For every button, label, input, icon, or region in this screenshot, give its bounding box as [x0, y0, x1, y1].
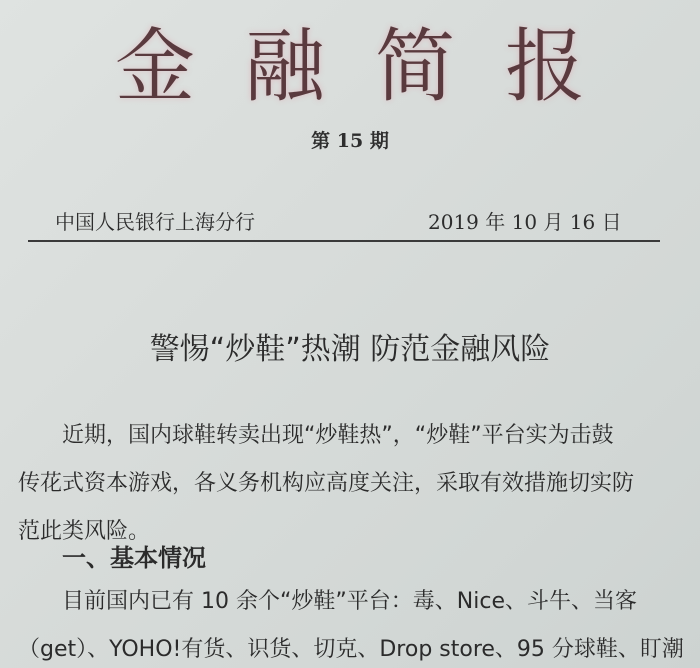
masthead-char: 报 — [480, 22, 610, 112]
article-title: 警惕“炒鞋”热潮 防范金融风险 — [0, 324, 700, 368]
masthead-char: 融 — [220, 22, 350, 112]
issue-number: 第 15 期 — [0, 126, 700, 153]
paragraph-line: 目前国内已有 10 余个“炒鞋”平台：毒、Nice、斗牛、当客 — [18, 578, 678, 626]
masthead-char: 简 — [350, 22, 480, 112]
masthead-char: 金 — [90, 22, 220, 112]
paragraph-line: 近期，国内球鞋转卖出现“炒鞋热”，“炒鞋”平台实为击鼓 — [18, 412, 678, 460]
masthead-title: 金 融 简 报 — [0, 22, 700, 112]
issue-date: 2019 年 10 月 16 日 — [428, 206, 622, 235]
paragraph-line: （get）、YOHO!有货、识货、切克、Drop store、95 分球鞋、盯潮 — [18, 626, 678, 668]
section-paragraph: 目前国内已有 10 余个“炒鞋”平台：毒、Nice、斗牛、当客 （get）、YO… — [18, 578, 678, 668]
header-divider — [28, 240, 660, 242]
paragraph-line: 传花式资本游戏，各义务机构应高度关注，采取有效措施切实防 — [18, 460, 678, 508]
section-heading: 一、基本情况 — [62, 538, 206, 573]
intro-paragraph: 近期，国内球鞋转卖出现“炒鞋热”，“炒鞋”平台实为击鼓 传花式资本游戏，各义务机… — [18, 412, 678, 556]
issuer-name: 中国人民银行上海分行 — [55, 206, 255, 235]
